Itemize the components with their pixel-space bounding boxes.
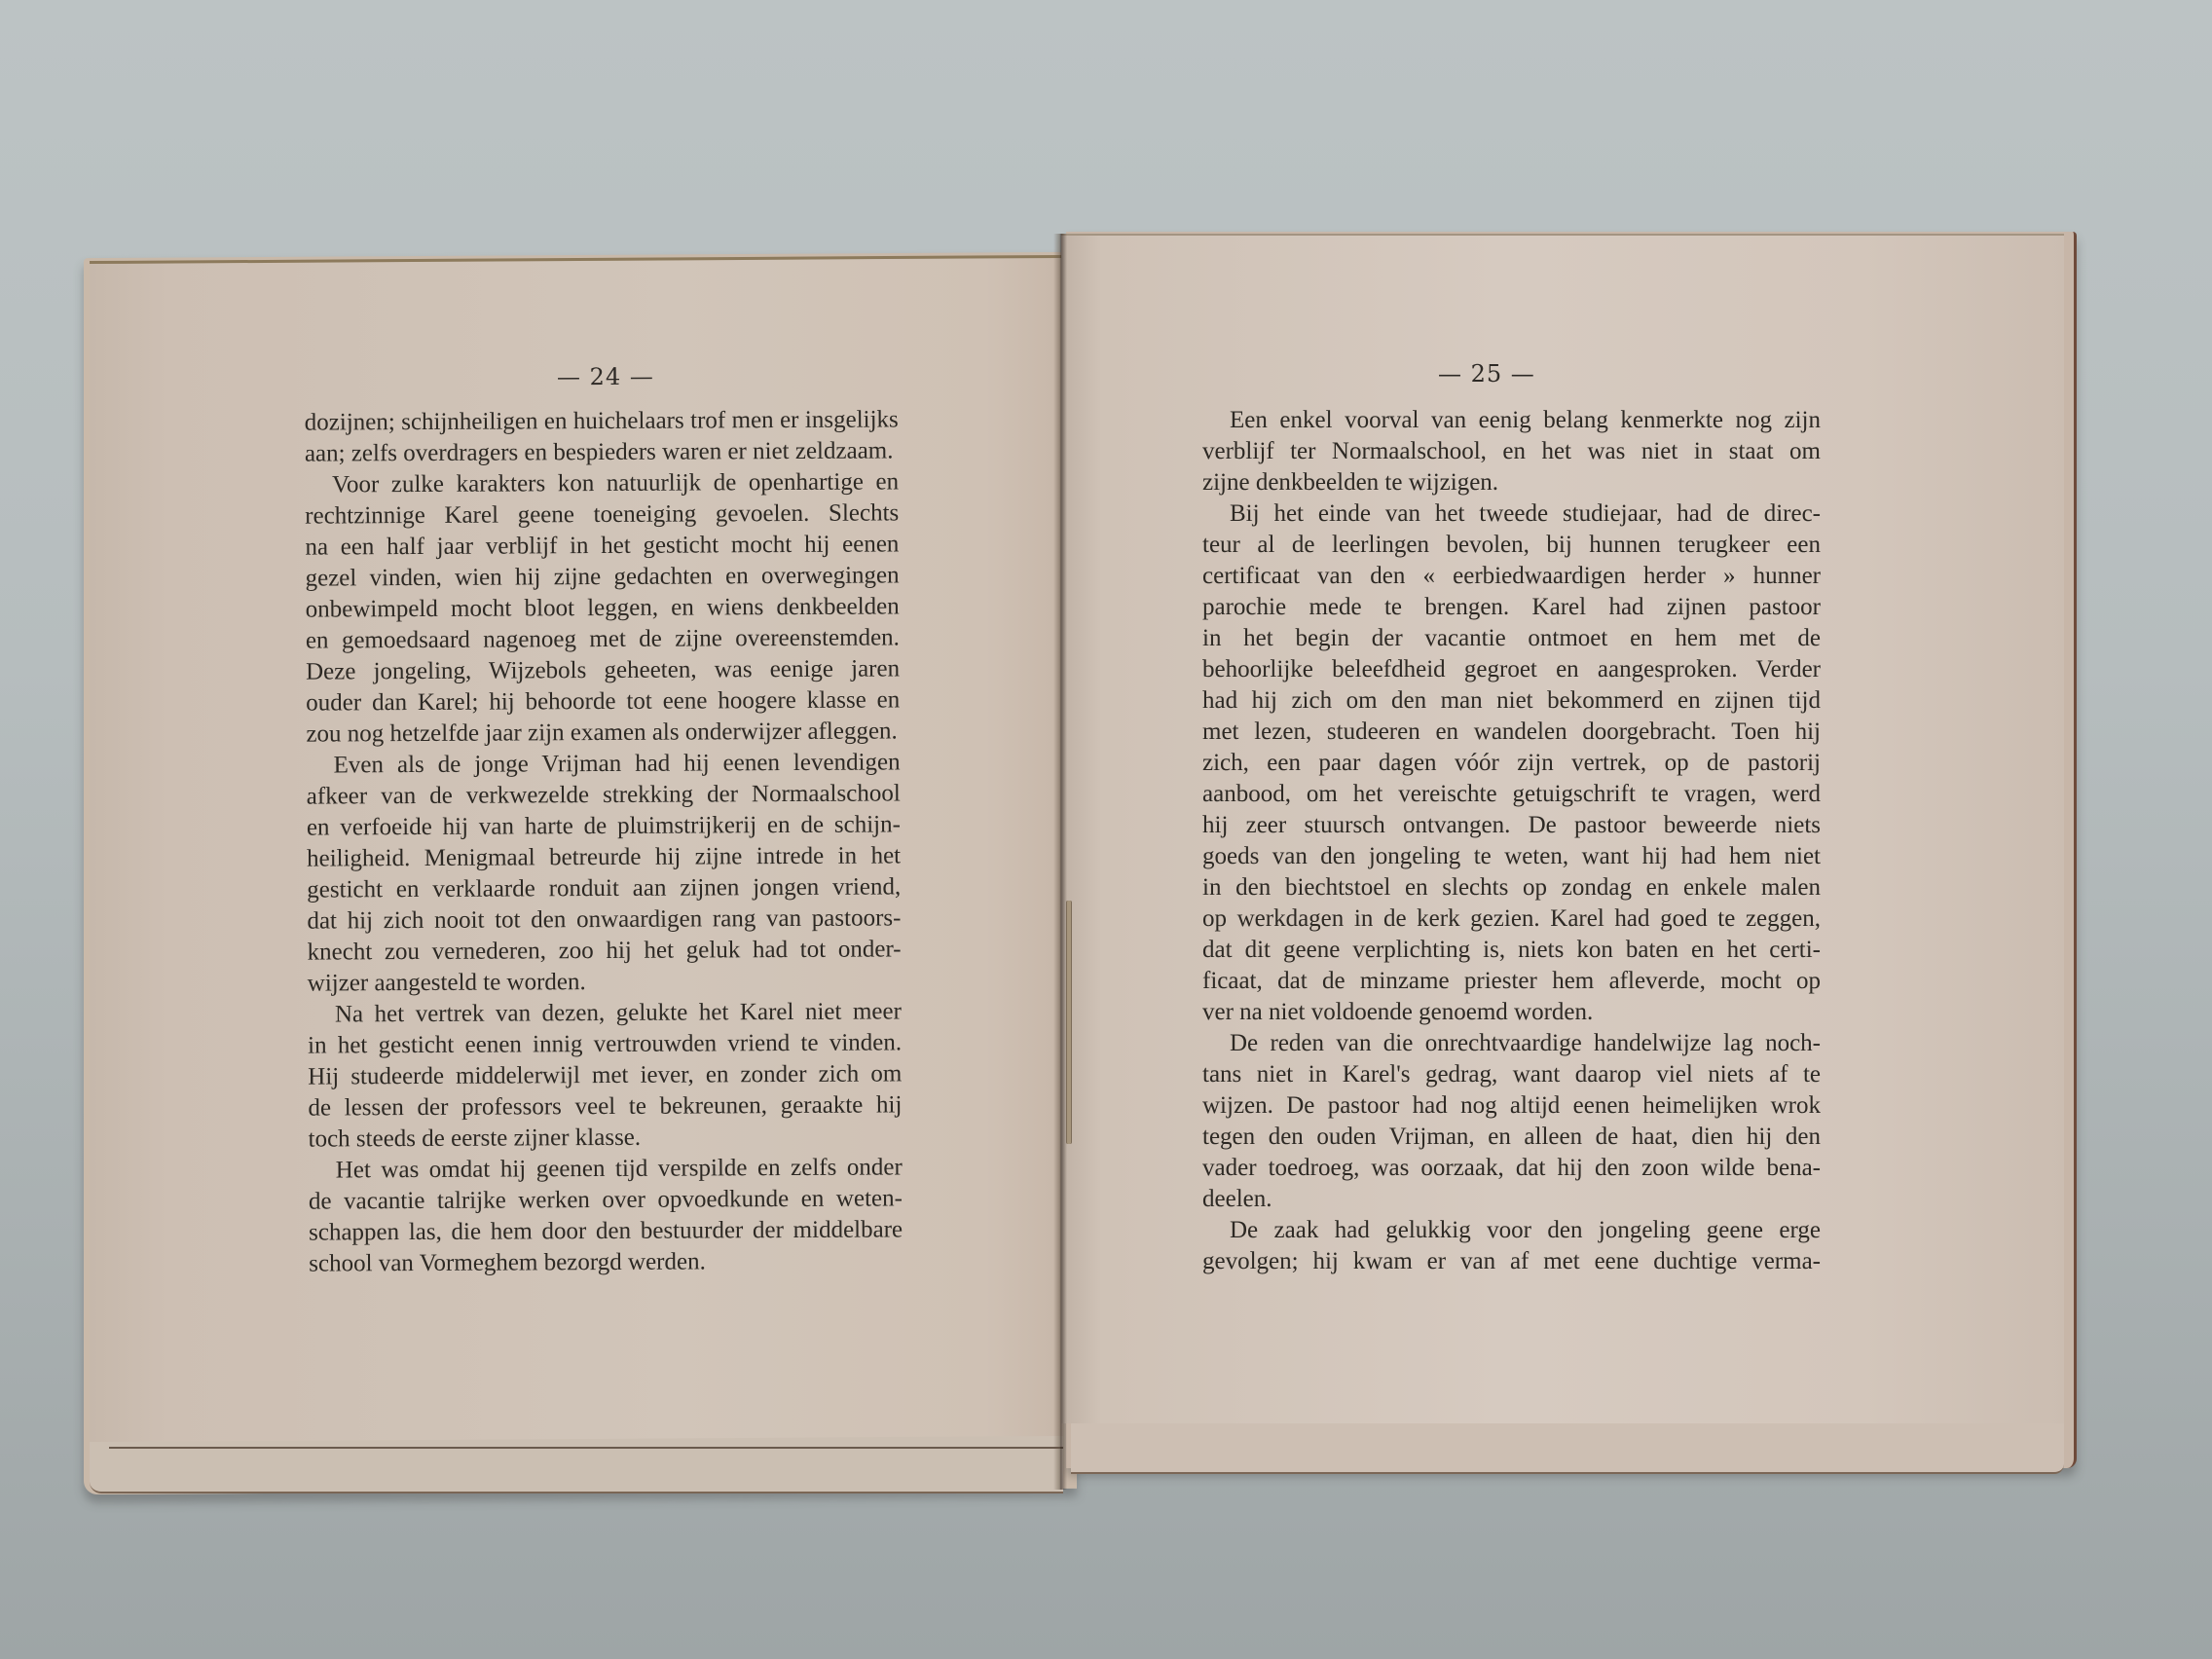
text-line: onbewimpeld mocht bloot leggen, en wiens… <box>306 591 900 625</box>
text-line: na een half jaar verblijf in het gestich… <box>305 529 899 563</box>
open-book: — 24 — — 25 — dozijnen; schijnheiligen e… <box>0 0 2212 1659</box>
text-line: Hij studeerde middelerwijl met iever, en… <box>308 1058 902 1092</box>
text-line: tans niet in Karel's gedrag, want daarop… <box>1202 1059 1821 1090</box>
text-line: en verfoeide hij van harte de pluimstrij… <box>307 809 901 843</box>
text-line: gezel vinden, wien hij zijne gedachten e… <box>305 560 899 594</box>
text-line: zich, een paar dagen vóór zijn vertrek, … <box>1202 748 1821 779</box>
text-line: in den biechtstoel en slechts op zondag … <box>1202 872 1821 903</box>
text-line: in het begin der vacantie ontmoet en hem… <box>1202 623 1821 654</box>
right-page-number: — 25 — <box>1438 360 1535 387</box>
text-line: Deze jongeling, Wijzebols geheeten, was … <box>306 653 900 687</box>
text-line: knecht zou vernederen, zoo hij het geluk… <box>308 934 902 968</box>
text-line: De zaak had gelukkig voor den jongeling … <box>1202 1215 1821 1246</box>
text-line: op werkdagen in de kerk gezien. Karel ha… <box>1202 903 1821 935</box>
text-line: gesticht en verklaarde ronduit aan zijne… <box>307 871 901 905</box>
binding-thread <box>1066 901 1072 1144</box>
text-line: de lessen der professors veel te bekreun… <box>308 1089 902 1124</box>
text-line: had hij zich om den man niet bekommerd e… <box>1202 685 1821 717</box>
text-line: parochie mede te brengen. Karel had zijn… <box>1202 592 1821 623</box>
text-line: gevolgen; hij kwam er van af met eene du… <box>1202 1246 1821 1277</box>
text-line: ficaat, dat de minzame priester hem afle… <box>1202 966 1821 997</box>
text-line: goeds van den jongeling te weten, want h… <box>1202 841 1821 872</box>
text-line: Een enkel voorval van eenig belang kenme… <box>1202 405 1821 436</box>
text-line: Even als de jonge Vrijman had hij eenen … <box>307 747 901 781</box>
left-page-text: dozijnen; schijnheiligen en huichelaars … <box>305 404 903 1279</box>
text-line: schappen las, die hem door den bestuurde… <box>309 1214 903 1248</box>
text-line: dat dit geene verplichting is, niets kon… <box>1202 935 1821 966</box>
text-line: verblijf ter Normaalschool, en het was n… <box>1202 436 1821 467</box>
text-line: school van Vormeghem bezorgd werden. <box>309 1245 903 1279</box>
text-line: wijzer aangesteld te worden. <box>308 965 902 999</box>
text-line: De reden van die onrechtvaardige handelw… <box>1202 1028 1821 1059</box>
text-line: toch steeds de eerste zijner klasse. <box>309 1121 903 1155</box>
text-line: ver na niet voldoende genoemd worden. <box>1202 997 1821 1028</box>
text-line: wijzen. De pastoor had nog altijd eenen … <box>1202 1090 1821 1122</box>
text-line: zijne denkbeelden te wijzigen. <box>1202 467 1821 498</box>
text-line: deelen. <box>1202 1184 1821 1215</box>
text-line: dozijnen; schijnheiligen en huichelaars … <box>305 404 899 438</box>
text-line: met lezen, studeeren en wandelen doorgeb… <box>1202 717 1821 748</box>
text-line: en gemoedsaard nagenoeg met de zijne ove… <box>306 622 900 656</box>
text-line: in het gesticht eenen innig vertrouwden … <box>308 1027 902 1061</box>
book-gutter <box>1053 234 1067 1490</box>
text-line: vader toedroeg, was oorzaak, dat hij den… <box>1202 1153 1821 1184</box>
text-line: tegen den ouden Vrijman, en alleen de ha… <box>1202 1122 1821 1153</box>
right-page-text: Een enkel voorval van eenig belang kenme… <box>1202 405 1821 1277</box>
text-line: Bij het einde van het tweede studiejaar,… <box>1202 498 1821 530</box>
text-line: teur al de leerlingen bevolen, bij hunne… <box>1202 530 1821 561</box>
text-line: zou nog hetzelfde jaar zijn examen als o… <box>306 716 900 750</box>
text-line: hij zeer stuursch ontvangen. De pastoor … <box>1202 810 1821 841</box>
text-line: aan; zelfs overdragers en bespieders war… <box>305 435 899 469</box>
text-line: Voor zulke karakters kon natuurlijk de o… <box>305 466 899 500</box>
text-line: behoorlijke beleefdheid gegroet en aange… <box>1202 654 1821 685</box>
text-line: afkeer van de verkwezelde strekking der … <box>307 778 901 812</box>
text-line: Het was omdat hij geenen tijd verspilde … <box>309 1152 903 1186</box>
text-line: rechtzinnige Karel geene toeneiging gevo… <box>305 498 899 532</box>
text-line: aanbood, om het vereischte getuigschrift… <box>1202 779 1821 810</box>
text-line: de vacantie talrijke werken over opvoedk… <box>309 1183 903 1217</box>
text-line: ouder dan Karel; hij behoorde tot eene h… <box>306 684 900 719</box>
text-line: certificaat van den « eerbiedwaardigen h… <box>1202 561 1821 592</box>
left-page-number: — 24 — <box>557 363 654 391</box>
text-line: dat hij zich nooit tot den onwaardigen r… <box>307 903 901 937</box>
right-page-edges <box>1071 1417 2064 1474</box>
text-line: Na het vertrek van dezen, gelukte het Ka… <box>308 996 902 1030</box>
text-line: heiligheid. Menigmaal betreurde hij zijn… <box>307 840 901 874</box>
